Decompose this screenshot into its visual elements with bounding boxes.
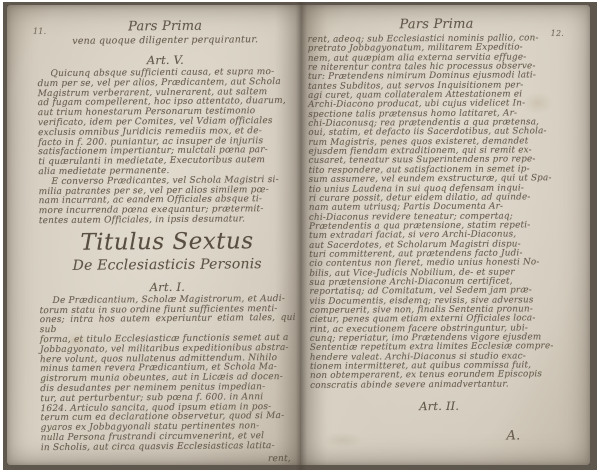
right-body-paragraph: rent, adeoq; sub Ecclesiastici nominis p… xyxy=(308,34,568,391)
left-page: 11. Pars Prima vena quoque diligenter pe… xyxy=(7,5,301,465)
left-catchword: rent, xyxy=(41,453,297,465)
quire-signature-mark: A. xyxy=(310,428,568,445)
de-ecclesiasticis-personis-subheading: De Ecclesiasticis Personis xyxy=(39,256,295,274)
left-running-header: Pars Prima xyxy=(37,18,293,35)
left-paragraph-2: E converso Prædicantes, vel Schola Magis… xyxy=(38,176,294,227)
article-v-heading: Art. V. xyxy=(37,52,293,68)
article-i-heading: Art. I. xyxy=(39,279,295,295)
article-i-paragraph: De Prædicantium, Scholæ Magistrorum, et … xyxy=(39,295,296,454)
right-page: 12. Pars Prima rent, adeoq; sub Ecclesia… xyxy=(301,5,590,465)
left-opening-line: vena quoque diligenter perquirantur. xyxy=(37,34,293,47)
article-v-paragraph: Quicunq absque sufficienti causa, et sup… xyxy=(37,68,294,178)
right-running-header: Pars Prima xyxy=(308,16,566,33)
manuscript-photo: 11. Pars Prima vena quoque diligenter pe… xyxy=(3,2,597,470)
titulus-sextus-heading: Titulus Sextus xyxy=(39,228,295,256)
article-ii-heading: Art. II. xyxy=(310,398,568,414)
